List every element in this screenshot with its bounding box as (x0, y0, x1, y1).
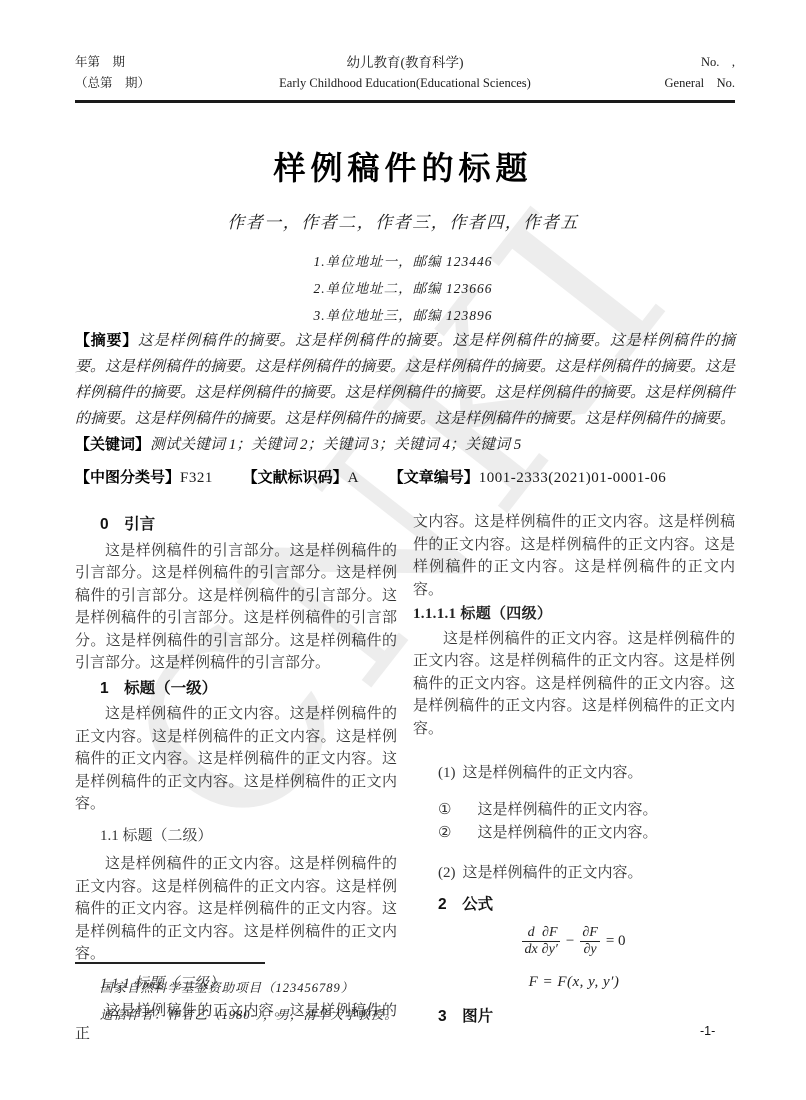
list-marker: ① (438, 799, 451, 822)
article-id-group: 【文章编号】1001-2333(2021)01-0001-06 (389, 470, 667, 486)
article-title: 样例稿件的标题 (0, 143, 806, 189)
affiliation-list: 1.单位地址一，邮编 123446 2.单位地址二，邮编 123666 3.单位… (0, 248, 806, 329)
intro-paragraph: 这是样例稿件的引言部分。这是样例稿件的引言部分。这是样例稿件的引言部分。这是样例… (75, 540, 397, 675)
left-column: 0 引言 这是样例稿件的引言部分。这是样例稿件的引言部分。这是样例稿件的引言部分… (75, 511, 397, 1045)
header-journal-name: 幼儿教育(教育科学) Early Childhood Education(Edu… (205, 52, 605, 94)
article-id-label: 【文章编号】 (389, 469, 479, 486)
footnote-divider (75, 962, 265, 964)
header-number-info: No. , General No. (605, 52, 735, 94)
list-item: ②这是样例稿件的正文内容。 (413, 822, 735, 845)
fraction-d-dx: ddx (522, 925, 539, 958)
header-year-issue: 年第 期 (75, 52, 205, 73)
article-meta: 【摘要】这是样例稿件的摘要。这是样例稿件的摘要。这是样例稿件的摘要。这是样例稿件… (75, 328, 735, 491)
doc-code-group: 【文献标识码】A (243, 470, 359, 486)
journal-name-chinese: 幼儿教育(教育科学) (205, 52, 605, 73)
level4-paragraph: 这是样例稿件的正文内容。这是样例稿件的正文内容。这是样例稿件的正文内容。这是样例… (413, 628, 735, 741)
list-marker: (2) (438, 862, 456, 885)
fraction-dF-dy: ∂F∂y (580, 925, 599, 958)
list-item-text: 这是样例稿件的正文内容。 (463, 865, 643, 881)
list-marker: ② (438, 822, 451, 845)
abstract-text: 这是样例稿件的摘要。这是样例稿件的摘要。这是样例稿件的摘要。这是样例稿件的摘要。… (75, 333, 735, 427)
fraction-numerator: ∂F (540, 925, 560, 941)
abstract-paragraph: 【摘要】这是样例稿件的摘要。这是样例稿件的摘要。这是样例稿件的摘要。这是样例稿件… (75, 328, 735, 432)
clc-group: 【中图分类号】F321 (75, 470, 213, 486)
list-item: ①这是样例稿件的正文内容。 (413, 799, 735, 822)
heading-formula: 2 公式 (413, 894, 735, 917)
list-item-text: 这是样例稿件的正文内容。 (477, 802, 657, 818)
footnote-funding: 国家自然科学基金资助项目（123456789） (100, 975, 600, 1002)
list-item: (2)这是样例稿件的正文内容。 (413, 862, 735, 885)
page-number: -1- (700, 1024, 715, 1038)
affiliation-2: 2.单位地址二，邮编 123666 (0, 275, 806, 302)
abstract-label: 【摘要】 (75, 332, 138, 349)
footnote-corresponding-author: 通信作者：作者乙（1980-），男，清华大学教授。 (100, 1002, 600, 1029)
body-columns: 0 引言 这是样例稿件的引言部分。这是样例稿件的引言部分。这是样例稿件的引言部分… (75, 511, 736, 1045)
list-item: (1)这是样例稿件的正文内容。 (413, 762, 735, 785)
keywords-text: 测试关键词 1；关键词 2；关键词 3；关键词 4；关键词 5 (150, 437, 521, 453)
fraction-numerator: d (522, 925, 539, 941)
footnotes: 国家自然科学基金资助项目（123456789） 通信作者：作者乙（1980-），… (100, 975, 600, 1029)
keywords-paragraph: 【关键词】测试关键词 1；关键词 2；关键词 3；关键词 4；关键词 5 (75, 432, 735, 458)
fraction-denominator: ∂y (580, 941, 599, 958)
level2-paragraph: 这是样例稿件的正文内容。这是样例稿件的正文内容。这是样例稿件的正文内容。这是样例… (75, 853, 397, 966)
level3-paragraph-continued: 文内容。这是样例稿件的正文内容。这是样例稿件的正文内容。这是样例稿件的正文内容。… (413, 511, 735, 601)
affiliation-1: 1.单位地址一，邮编 123446 (0, 248, 806, 275)
header-general-no: General No. (605, 73, 735, 94)
header-total-issue: （总第 期） (75, 73, 205, 94)
heading-level4: 1.1.1.1 标题（四级） (413, 603, 735, 626)
fraction-denominator: dx (522, 941, 539, 958)
heading-level2: 1.1 标题（二级） (75, 825, 397, 848)
journal-page: CNKI 年第 期 （总第 期） 幼儿教育(教育科学) Early Childh… (0, 0, 806, 1100)
keywords-label: 【关键词】 (75, 436, 150, 453)
header-divider (75, 100, 735, 103)
affiliation-3: 3.单位地址三，邮编 123896 (0, 302, 806, 329)
page-content: 年第 期 （总第 期） 幼儿教育(教育科学) Early Childhood E… (0, 0, 806, 1100)
fraction-denominator: ∂y′ (540, 941, 560, 958)
equation-rhs: = 0 (606, 933, 626, 949)
clc-label: 【中图分类号】 (75, 469, 180, 486)
header-no: No. , (605, 52, 735, 73)
list-item-text: 这是样例稿件的正文内容。 (463, 765, 643, 781)
doc-code: A (348, 470, 359, 486)
journal-name-english: Early Childhood Education(Educational Sc… (205, 73, 605, 94)
right-column: 文内容。这是样例稿件的正文内容。这是样例稿件的正文内容。这是样例稿件的正文内容。… (413, 511, 735, 1045)
list-item-text: 这是样例稿件的正文内容。 (477, 825, 657, 841)
clc-number: F321 (180, 470, 213, 486)
doc-code-label: 【文献标识码】 (243, 469, 348, 486)
minus-operator: − (566, 933, 574, 949)
heading-intro: 0 引言 (75, 514, 397, 537)
header-issue-info: 年第 期 （总第 期） (75, 52, 205, 94)
heading-level1: 1 标题（一级） (75, 678, 397, 701)
article-id: 1001-2333(2021)01-0001-06 (479, 470, 666, 486)
page-header: 年第 期 （总第 期） 幼儿教育(教育科学) Early Childhood E… (75, 52, 735, 94)
fraction-numerator: ∂F (580, 925, 599, 941)
classification-line: 【中图分类号】F321 【文献标识码】A 【文章编号】1001-2333(202… (75, 465, 735, 491)
list-marker: (1) (438, 762, 456, 785)
equation-euler-lagrange: ddx∂F∂y′−∂F∂y= 0 (413, 925, 735, 958)
fraction-dF-dyprime: ∂F∂y′ (540, 925, 560, 958)
level1-paragraph: 这是样例稿件的正文内容。这是样例稿件的正文内容。这是样例稿件的正文内容。这是样例… (75, 703, 397, 816)
author-list: 作者一，作者二，作者三，作者四，作者五 (0, 208, 806, 233)
